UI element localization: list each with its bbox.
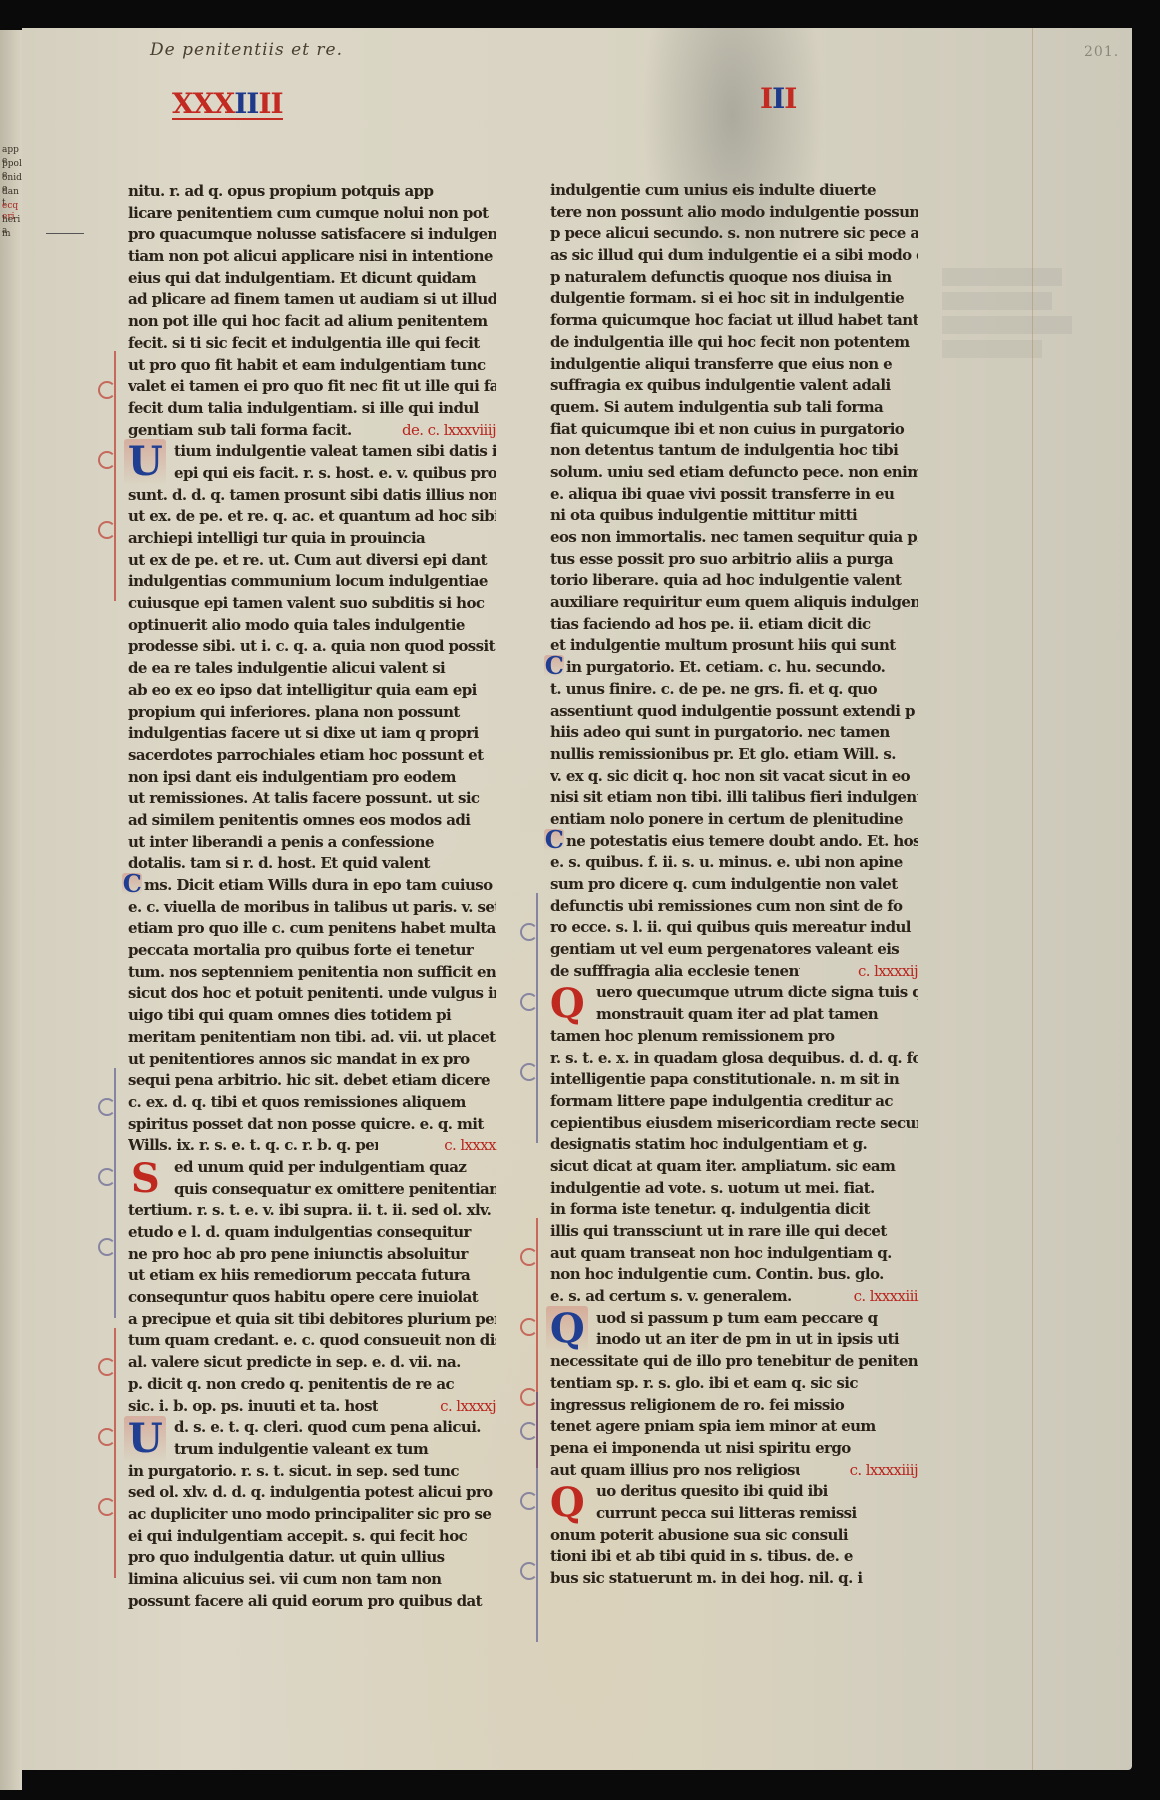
text-line: ut ex. de pe. et re. q. ac. et quantum a… bbox=[128, 506, 496, 528]
line-text: tias faciendo ad hos pe. ii. etiam dicit… bbox=[550, 615, 871, 633]
text-line: tenet agere pniam spia iem minor at eum bbox=[550, 1416, 918, 1438]
line-text: indulgentie ad vote. s. uotum ut mei. fi… bbox=[550, 1179, 875, 1197]
faint-marginal-offset-text bbox=[942, 268, 1102, 364]
line-text: formam littere pape indulgentia creditur… bbox=[550, 1092, 893, 1110]
text-line: non detentus tantum de indulgentia hoc t… bbox=[550, 440, 918, 462]
line-text: illis qui transsciunt ut in rare ille qu… bbox=[550, 1222, 887, 1240]
line-text: fiat quicumque ibi et non cuius in purga… bbox=[550, 420, 904, 438]
rubric-chapter-number: c. lxxxxiii bbox=[854, 1286, 918, 1308]
line-text: nitu. r. ad q. opus propium potquis app bbox=[128, 182, 433, 200]
line-text: a precipue et quia sit tibi debitores pl… bbox=[128, 1310, 496, 1328]
line-text: cepientibus eiusdem misericordiam recte … bbox=[550, 1114, 918, 1132]
line-text: archiepi intelligi tur quia in prouincia bbox=[128, 529, 425, 547]
text-line: nitu. r. ad q. opus propium potquis app bbox=[128, 181, 496, 203]
text-line: c. ex. d. q. tibi et quos remissiones al… bbox=[128, 1092, 496, 1114]
text-line: tias faciendo ad hos pe. ii. etiam dicit… bbox=[550, 614, 918, 636]
text-line: illis qui transsciunt ut in rare ille qu… bbox=[550, 1221, 918, 1243]
text-line: tium indulgentie valeat tamen sibi datis… bbox=[128, 441, 496, 463]
text-line: tamen hoc plenum remissionem pro bbox=[550, 1026, 918, 1048]
line-text: possunt facere ali quid eorum pro quibus… bbox=[128, 1592, 482, 1610]
penwork-curl bbox=[520, 1422, 538, 1440]
text-line: forma quicumque hoc faciat ut illud habe… bbox=[550, 310, 918, 332]
text-line: ad similem penitentis omnes eos modos ad… bbox=[128, 810, 496, 832]
line-text: de ea re tales indulgentie alicui valent… bbox=[128, 659, 445, 677]
text-line: ms. Dicit etiam Wills dura in epo tam cu… bbox=[128, 875, 496, 897]
penwork-curl bbox=[520, 993, 538, 1011]
text-line: e. s. quibus. f. ii. s. u. minus. e. ubi… bbox=[550, 852, 918, 874]
line-text: bus sic statuerunt m. in dei hog. nil. q… bbox=[550, 1569, 862, 1587]
line-text: uo deritus quesito ibi quid ibi bbox=[550, 1482, 828, 1500]
text-line: tiam non pot alicui applicare nisi in in… bbox=[128, 246, 496, 268]
text-line: ni ota quibus indulgentie mittitur mitti bbox=[550, 505, 918, 527]
line-text: prodesse sibi. ut i. c. q. a. quia non q… bbox=[128, 637, 495, 655]
line-text: suffragia ex quibus indulgentie valent a… bbox=[550, 376, 891, 394]
text-line: tum quam credant. e. c. quod consueuit n… bbox=[128, 1330, 496, 1352]
line-text: uero quecumque utrum dicte signa tuis qu… bbox=[550, 983, 918, 1001]
penwork-curl bbox=[98, 1168, 116, 1186]
line-text: sicut dicat at quam iter. ampliatum. sic… bbox=[550, 1157, 895, 1175]
line-text: designatis statim hoc indulgentiam et g. bbox=[550, 1135, 867, 1153]
text-line: ei qui indulgentiam accepit. s. qui feci… bbox=[128, 1526, 496, 1548]
marginal-rule bbox=[46, 233, 84, 234]
text-line: tertium. r. s. t. e. v. ibi supra. ii. t… bbox=[128, 1200, 496, 1222]
text-line: uo deritus quesito ibi quid ibi bbox=[550, 1481, 918, 1503]
line-text: e. s. ad certum s. v. generalem. bbox=[550, 1286, 792, 1308]
text-line: fecit dum talia indulgentiam. si ille qu… bbox=[128, 398, 496, 420]
text-line: pena ei imponenda ut nisi spiritu ergo bbox=[550, 1438, 918, 1460]
line-text: tus esse possit pro suo arbitrio aliis a… bbox=[550, 550, 893, 568]
text-line: ut penitentiores annos sic mandat in ex … bbox=[128, 1049, 496, 1071]
line-text: de indulgentia ille qui hoc fecit non po… bbox=[550, 333, 910, 351]
line-text: tium indulgentie valeat tamen sibi datis… bbox=[128, 442, 496, 460]
text-line: sic. i. b. op. ps. inuuti et ta. host. s… bbox=[128, 1396, 496, 1418]
line-text: forma quicumque hoc faciat ut illud habe… bbox=[550, 311, 918, 329]
line-text: inodo ut an iter de pm in ut in ipsis ut… bbox=[550, 1330, 899, 1348]
text-line: al. valere sicut predicte in sep. e. d. … bbox=[128, 1352, 496, 1374]
text-line: r. s. t. e. x. in quadam glosa dequibus.… bbox=[550, 1048, 918, 1070]
text-line: e. s. ad certum s. v. generalem.c. lxxxx… bbox=[550, 1286, 918, 1308]
text-line: eos non immortalis. nec tamen sequitur q… bbox=[550, 527, 918, 549]
text-line: non ipsi dant eis indulgentiam pro eodem bbox=[128, 767, 496, 789]
rubric-chapter-number: c. lxxxx bbox=[444, 1135, 496, 1157]
line-text: r. s. t. e. x. in quadam glosa dequibus.… bbox=[550, 1049, 918, 1067]
text-line: auxiliare requiritur eum quem aliquis in… bbox=[550, 592, 918, 614]
line-text: solum. uniu sed etiam defuncto pece. non… bbox=[550, 463, 918, 481]
text-line: tioni ibi et ab tibi quid in s. tibus. d… bbox=[550, 1546, 918, 1568]
decorated-initial-q: Q bbox=[546, 1306, 588, 1352]
line-text: dulgentie formam. si ei hoc sit in indul… bbox=[550, 289, 904, 307]
line-text: non pot ille qui hoc facit ad alium peni… bbox=[128, 312, 488, 330]
text-line: in purgatorio. r. s. t. sicut. in sep. s… bbox=[128, 1461, 496, 1483]
text-line: indulgentie aliqui transferre que eius n… bbox=[550, 354, 918, 376]
text-line: defunctis ubi remissiones cum non sint d… bbox=[550, 896, 918, 918]
line-text: p. dicit q. non credo q. penitentis de r… bbox=[128, 1375, 454, 1393]
line-text: epi qui eis facit. r. s. host. e. v. qui… bbox=[128, 464, 496, 482]
text-line: sed ol. xlv. d. d. q. indulgentia potest… bbox=[128, 1482, 496, 1504]
text-line: aut quam illius pro nos religiosus ampli… bbox=[550, 1460, 918, 1482]
line-text: sequi pena arbitrio. hic sit. debet etia… bbox=[128, 1071, 490, 1089]
text-line: non pot ille qui hoc facit ad alium peni… bbox=[128, 311, 496, 333]
text-line: ab eo ex eo ipso dat intelligitur quia e… bbox=[128, 680, 496, 702]
line-text: t. unus finire. c. de pe. ne grs. fi. et… bbox=[550, 680, 877, 698]
text-line: fecit. si ti sic fecit et indulgentia il… bbox=[128, 333, 496, 355]
penwork-curl bbox=[520, 1562, 538, 1580]
line-text: tum quam credant. e. c. quod consueuit n… bbox=[128, 1331, 496, 1349]
penwork-curl bbox=[520, 923, 538, 941]
text-column-right: indulgentie cum unius eis indulte diuert… bbox=[550, 180, 918, 1590]
text-line: cuiusque epi tamen valent suo subditis s… bbox=[128, 593, 496, 615]
line-text: ut etiam ex hiis remediorum peccata futu… bbox=[128, 1266, 470, 1284]
line-text: eius qui dat indulgentiam. Et dicunt qui… bbox=[128, 269, 476, 287]
text-line: etiam pro quo ille c. cum penitens habet… bbox=[128, 918, 496, 940]
line-text: peccata mortalia pro quibus forte ei ten… bbox=[128, 941, 473, 959]
line-text: valet ei tamen ei pro quo fit nec fit ut… bbox=[128, 377, 496, 395]
line-text: in purgatorio. Et. cetiam. c. hu. secund… bbox=[550, 658, 885, 676]
line-text: pro quacumque nolusse satisfacere si ind… bbox=[128, 225, 496, 243]
text-line: pro quo indulgentia datur. ut quin ulliu… bbox=[128, 1547, 496, 1569]
text-line: dotalis. tam si r. d. host. Et quid vale… bbox=[128, 853, 496, 875]
line-text: tertium. r. s. t. e. v. ibi supra. ii. t… bbox=[128, 1201, 496, 1219]
line-text: eos non immortalis. nec tamen sequitur q… bbox=[550, 528, 918, 546]
line-text: etiam pro quo ille c. cum penitens habet… bbox=[128, 919, 496, 937]
text-line: ingressus religionem de ro. fei missio bbox=[550, 1395, 918, 1417]
chapter-number-left: XXXIIII bbox=[172, 90, 283, 120]
text-line: indulgentie cum unius eis indulte diuert… bbox=[550, 180, 918, 202]
text-line: indulgentias facere ut si dixe ut iam q … bbox=[128, 723, 496, 745]
text-line: d. s. e. t. q. cleri. quod cum pena alic… bbox=[128, 1417, 496, 1439]
text-line: tus esse possit pro suo arbitrio aliis a… bbox=[550, 549, 918, 571]
line-text: fecit. si ti sic fecit et indulgentia il… bbox=[128, 334, 480, 352]
line-text: indulgentie aliqui transferre que eius n… bbox=[550, 355, 892, 373]
text-line: ne potestatis eius temere doubt ando. Et… bbox=[550, 831, 918, 853]
decorated-initial-c: C bbox=[122, 873, 142, 895]
text-line: trum indulgentie valeant ex tum bbox=[128, 1439, 496, 1461]
line-text: pena ei imponenda ut nisi spiritu ergo bbox=[550, 1439, 851, 1457]
decorated-initial-q: Q bbox=[546, 1480, 588, 1526]
text-line: gentiam sub tali forma facit.de. c. lxxx… bbox=[128, 420, 496, 442]
text-line: suffragia ex quibus indulgentie valent a… bbox=[550, 375, 918, 397]
line-text: uod si passum p tum eam peccare q bbox=[550, 1309, 877, 1327]
line-text: Wills. ix. r. s. e. t. q. c. r. b. q. pe… bbox=[128, 1135, 378, 1157]
line-text: tere non possunt alio modo indulgentie p… bbox=[550, 203, 918, 221]
penwork-curl bbox=[520, 1063, 538, 1081]
text-line: nisi sit etiam non tibi. illi talibus fi… bbox=[550, 787, 918, 809]
text-line: uero quecumque utrum dicte signa tuis qu… bbox=[550, 982, 918, 1004]
line-text: e. s. quibus. f. ii. s. u. minus. e. ubi… bbox=[550, 853, 903, 871]
line-text: ms. Dicit etiam Wills dura in epo tam cu… bbox=[128, 876, 493, 894]
text-line: indulgentie ad vote. s. uotum ut mei. fi… bbox=[550, 1178, 918, 1200]
chapter-numeral: II bbox=[234, 87, 258, 120]
line-text: ne potestatis eius temere doubt ando. Et… bbox=[550, 832, 918, 850]
line-text: v. ex q. sic dicit q. hoc non sit vacat … bbox=[550, 767, 910, 785]
decorated-initial-c: C bbox=[544, 655, 564, 677]
line-text: ro ecce. s. l. ii. qui quibus quis merea… bbox=[550, 918, 911, 936]
rubric-chapter-number: de. c. lxxxviiij bbox=[402, 420, 496, 442]
text-line: ad plicare ad finem tamen ut audiam si u… bbox=[128, 289, 496, 311]
text-line: monstrauit quam iter ad plat tamen bbox=[550, 1004, 918, 1026]
text-line: uod si passum p tum eam peccare q bbox=[550, 1308, 918, 1330]
line-text: propium qui inferiores. plana non possun… bbox=[128, 703, 460, 721]
line-text: onum poterit abusione sua sic consuli bbox=[550, 1526, 848, 1544]
line-text: aut quam illius pro nos religiosus ampli… bbox=[550, 1460, 800, 1482]
folio-number: 201. bbox=[1084, 44, 1119, 60]
line-text: cuiusque epi tamen valent suo subditis s… bbox=[128, 594, 484, 612]
line-text: tentiam sp. r. s. glo. ibi et eam q. sic… bbox=[550, 1374, 858, 1392]
text-line: gentiam ut vel eum pergenatores valeant … bbox=[550, 939, 918, 961]
line-text: non detentus tantum de indulgentia hoc t… bbox=[550, 441, 898, 459]
line-text: sunt. d. d. q. tamen prosunt sibi datis … bbox=[128, 486, 496, 504]
rubric-chapter-number: c. lxxxxiiij bbox=[850, 1460, 918, 1482]
line-text: defunctis ubi remissiones cum non sint d… bbox=[550, 897, 902, 915]
chapter-number-right: III bbox=[760, 84, 796, 114]
penwork-curl bbox=[520, 1492, 538, 1510]
line-text: al. valere sicut predicte in sep. e. d. … bbox=[128, 1353, 461, 1371]
line-text: spiritus posset dat non posse quicre. e.… bbox=[128, 1115, 484, 1133]
line-text: licare penitentiem cum cumque nolui non … bbox=[128, 204, 489, 222]
text-line: currunt pecca sui litteras remissi bbox=[550, 1503, 918, 1525]
penwork-curl bbox=[98, 1238, 116, 1256]
text-line: nullis remissionibus pr. Et glo. etiam W… bbox=[550, 744, 918, 766]
text-line: pro quacumque nolusse satisfacere si ind… bbox=[128, 224, 496, 246]
line-text: quem. Si autem indulgentia sub tali form… bbox=[550, 398, 883, 416]
line-text: c. ex. d. q. tibi et quos remissiones al… bbox=[128, 1093, 466, 1111]
line-text: torio liberare. quia ad hoc indulgentie … bbox=[550, 571, 901, 589]
line-text: ut ex de pe. et re. ut. Cum aut diversi … bbox=[128, 551, 487, 569]
text-line: torio liberare. quia ad hoc indulgentie … bbox=[550, 570, 918, 592]
line-text: pro quo indulgentia datur. ut quin ulliu… bbox=[128, 1548, 444, 1566]
text-line: designatis statim hoc indulgentiam et g. bbox=[550, 1134, 918, 1156]
text-line: sicut dos hoc et potuit penitenti. unde … bbox=[128, 983, 496, 1005]
text-line: spiritus posset dat non posse quicre. e.… bbox=[128, 1114, 496, 1136]
text-line: cepientibus eiusdem misericordiam recte … bbox=[550, 1113, 918, 1135]
line-text: indulgentias communium locum indulgentia… bbox=[128, 572, 488, 590]
text-line: fiat quicumque ibi et non cuius in purga… bbox=[550, 419, 918, 441]
decorated-initial-c: C bbox=[544, 829, 564, 851]
text-line: ac dupliciter uno modo principaliter sic… bbox=[128, 1504, 496, 1526]
line-text: ed unum quid per indulgentiam quaz bbox=[128, 1158, 466, 1176]
text-line: sicut dicat at quam iter. ampliatum. sic… bbox=[550, 1156, 918, 1178]
text-line: sum pro dicere q. cum indulgentie non va… bbox=[550, 874, 918, 896]
line-text: indulgentie cum unius eis indulte diuert… bbox=[550, 181, 876, 199]
text-line: ut ex de pe. et re. ut. Cum aut diversi … bbox=[128, 550, 496, 572]
line-text: tamen hoc plenum remissionem pro bbox=[550, 1027, 834, 1045]
penwork-curl bbox=[98, 1428, 116, 1446]
line-text: auxiliare requiritur eum quem aliquis in… bbox=[550, 593, 918, 611]
line-text: etudo e l. d. quam indulgentias consequi… bbox=[128, 1223, 471, 1241]
chapter-numeral: I bbox=[784, 82, 796, 115]
text-line: sequi pena arbitrio. hic sit. debet etia… bbox=[128, 1070, 496, 1092]
text-line: prodesse sibi. ut i. c. q. a. quia non q… bbox=[128, 636, 496, 658]
line-text: in forma iste tenetur. q. indulgentia di… bbox=[550, 1200, 870, 1218]
text-line: sunt. d. d. q. tamen prosunt sibi datis … bbox=[128, 485, 496, 507]
previous-page-text-fragment: m bbox=[2, 229, 22, 240]
decorated-initial-q: Q bbox=[546, 981, 588, 1027]
text-line: v. ex q. sic dicit q. hoc non sit vacat … bbox=[550, 766, 918, 788]
text-line: etudo e l. d. quam indulgentias consequi… bbox=[128, 1222, 496, 1244]
chapter-numeral: II bbox=[258, 87, 282, 120]
text-line: archiepi intelligi tur quia in prouincia bbox=[128, 528, 496, 550]
text-line: limina alicuius sei. vii cum non tam non bbox=[128, 1569, 496, 1591]
text-line: hiis adeo qui sunt in purgatorio. nec ta… bbox=[550, 722, 918, 744]
line-text: tenet agere pniam spia iem minor at eum bbox=[550, 1417, 876, 1435]
line-text: dotalis. tam si r. d. host. Et quid vale… bbox=[128, 854, 430, 872]
line-text: e. aliqua ibi quae vivi possit transferr… bbox=[550, 485, 894, 503]
text-line: de ea re tales indulgentie alicui valent… bbox=[128, 658, 496, 680]
text-line: entiam nolo ponere in certum de plenitud… bbox=[550, 809, 918, 831]
text-line: onum poterit abusione sua sic consuli bbox=[550, 1525, 918, 1547]
line-text: fecit dum talia indulgentiam. si ille qu… bbox=[128, 399, 479, 417]
penwork-curl bbox=[98, 1358, 116, 1376]
text-line: bus sic statuerunt m. in dei hog. nil. q… bbox=[550, 1568, 918, 1590]
rubric-chapter-number: c. lxxxxj bbox=[440, 1396, 496, 1418]
text-line: in purgatorio. Et. cetiam. c. hu. secund… bbox=[550, 657, 918, 679]
line-text: e. c. viuella de moribus in talibus ut p… bbox=[128, 898, 496, 916]
text-line: p pece alicui secundo. s. non nutrere si… bbox=[550, 223, 918, 245]
line-text: trum indulgentie valeant ex tum bbox=[128, 1440, 428, 1458]
line-text: limina alicuius sei. vii cum non tam non bbox=[128, 1570, 441, 1588]
line-text: necessitate qui de illo pro tenebitur de… bbox=[550, 1352, 918, 1370]
text-line: consequntur quos habitu opere cere inuio… bbox=[128, 1287, 496, 1309]
text-line: quis consequatur ex omittere penitentiam bbox=[128, 1179, 496, 1201]
text-line: tum. nos septenniem penitentia non suffi… bbox=[128, 962, 496, 984]
text-line: Wills. ix. r. s. e. t. q. c. r. b. q. pe… bbox=[128, 1135, 496, 1157]
line-text: ut penitentiores annos sic mandat in ex … bbox=[128, 1050, 470, 1068]
line-text: ad plicare ad finem tamen ut audiam si u… bbox=[128, 290, 496, 308]
text-line: intelligentie papa constitutionale. n. m… bbox=[550, 1069, 918, 1091]
line-text: in purgatorio. r. s. t. sicut. in sep. s… bbox=[128, 1462, 459, 1480]
text-line: aut quam transeat non hoc indulgentiam q… bbox=[550, 1243, 918, 1265]
text-line: ro ecce. s. l. ii. qui quibus quis merea… bbox=[550, 917, 918, 939]
line-text: sed ol. xlv. d. d. q. indulgentia potest… bbox=[128, 1483, 493, 1501]
text-line: epi qui eis facit. r. s. host. e. v. qui… bbox=[128, 463, 496, 485]
text-line: p. dicit q. non credo q. penitentis de r… bbox=[128, 1374, 496, 1396]
line-text: quis consequatur ex omittere penitentiam bbox=[128, 1180, 496, 1198]
text-line: p naturalem defunctis quoque nos diuisa … bbox=[550, 267, 918, 289]
text-line: in forma iste tenetur. q. indulgentia di… bbox=[550, 1199, 918, 1221]
line-text: hiis adeo qui sunt in purgatorio. nec ta… bbox=[550, 723, 890, 741]
line-text: p naturalem defunctis quoque nos diuisa … bbox=[550, 268, 892, 286]
line-text: ingressus religionem de ro. fei missio bbox=[550, 1396, 844, 1414]
text-line: eius qui dat indulgentiam. Et dicunt qui… bbox=[128, 268, 496, 290]
line-text: ei qui indulgentiam accepit. s. qui feci… bbox=[128, 1527, 467, 1545]
text-line: ut pro quo fit habit et eam indulgentiam… bbox=[128, 355, 496, 377]
text-line: ed unum quid per indulgentiam quaz bbox=[128, 1157, 496, 1179]
line-text: nisi sit etiam non tibi. illi talibus fi… bbox=[550, 788, 918, 806]
line-text: ut inter liberandi a penis a confessione bbox=[128, 833, 434, 851]
text-line: propium qui inferiores. plana non possun… bbox=[128, 702, 496, 724]
text-line: a precipue et quia sit tibi debitores pl… bbox=[128, 1309, 496, 1331]
line-text: ut pro quo fit habit et eam indulgentiam… bbox=[128, 356, 486, 374]
line-text: p pece alicui secundo. s. non nutrere si… bbox=[550, 224, 918, 242]
text-line: tentiam sp. r. s. glo. ibi et eam q. sic… bbox=[550, 1373, 918, 1395]
line-text: currunt pecca sui litteras remissi bbox=[550, 1504, 857, 1522]
line-text: optinuerit alio modo quia tales indulgen… bbox=[128, 616, 465, 634]
chapter-numeral: I bbox=[760, 82, 772, 115]
text-line: indulgentias communium locum indulgentia… bbox=[128, 571, 496, 593]
line-text: ab eo ex eo ipso dat intelligitur quia e… bbox=[128, 681, 477, 699]
text-line: et indulgentie multum prosunt hiis qui s… bbox=[550, 635, 918, 657]
line-text: de sufffragia alia ecclesie tenentis. bbox=[550, 961, 800, 983]
text-line: sacerdotes parrochiales etiam hoc possun… bbox=[128, 745, 496, 767]
line-text: entiam nolo ponere in certum de plenitud… bbox=[550, 810, 903, 828]
line-text: assentiunt quod indulgentie possunt exte… bbox=[550, 702, 915, 720]
line-text: ut remissiones. At talis facere possunt.… bbox=[128, 789, 479, 807]
manuscript-folio: De penitentiis et re. 201. XXXIIII III n… bbox=[22, 28, 1132, 1770]
line-text: aut quam transeat non hoc indulgentiam q… bbox=[550, 1244, 892, 1262]
text-line: valet ei tamen ei pro quo fit nec fit ut… bbox=[128, 376, 496, 398]
text-line: inodo ut an iter de pm in ut in ipsis ut… bbox=[550, 1329, 918, 1351]
chapter-numeral: XXX bbox=[172, 87, 234, 120]
line-text: intelligentie papa constitutionale. n. m… bbox=[550, 1070, 899, 1088]
rubric-chapter-number: c. lxxxxij bbox=[858, 961, 918, 983]
text-line: tere non possunt alio modo indulgentie p… bbox=[550, 202, 918, 224]
text-line: quem. Si autem indulgentia sub tali form… bbox=[550, 397, 918, 419]
line-text: ad similem penitentis omnes eos modos ad… bbox=[128, 811, 470, 829]
text-line: t. unus finire. c. de pe. ne grs. fi. et… bbox=[550, 679, 918, 701]
text-column-left: nitu. r. ad q. opus propium potquis appl… bbox=[128, 181, 496, 1612]
text-line: optinuerit alio modo quia tales indulgen… bbox=[128, 615, 496, 637]
line-text: tioni ibi et ab tibi quid in s. tibus. d… bbox=[550, 1547, 853, 1565]
text-line: non hoc indulgentie cum. Contin. bus. gl… bbox=[550, 1264, 918, 1286]
line-text: ut ex. de pe. et re. q. ac. et quantum a… bbox=[128, 507, 496, 525]
line-text: non hoc indulgentie cum. Contin. bus. gl… bbox=[550, 1265, 884, 1283]
line-text: uigo tibi qui quam omnes dies totidem pi bbox=[128, 1006, 451, 1024]
text-line: ut remissiones. At talis facere possunt.… bbox=[128, 788, 496, 810]
line-text: gentiam ut vel eum pergenatores valeant … bbox=[550, 940, 899, 958]
line-text: meritam penitentiam non tibi. ad. vii. u… bbox=[128, 1028, 496, 1046]
penwork-curl bbox=[98, 1498, 116, 1516]
text-line: peccata mortalia pro quibus forte ei ten… bbox=[128, 940, 496, 962]
text-line: meritam penitentiam non tibi. ad. vii. u… bbox=[128, 1027, 496, 1049]
line-text: tum. nos septenniem penitentia non suffi… bbox=[128, 963, 496, 981]
line-text: nullis remissionibus pr. Et glo. etiam W… bbox=[550, 745, 896, 763]
line-text: non ipsi dant eis indulgentiam pro eodem bbox=[128, 768, 456, 786]
running-head: De penitentiis et re. bbox=[150, 40, 343, 60]
text-line: necessitate qui de illo pro tenebitur de… bbox=[550, 1351, 918, 1373]
line-text: sic. i. b. op. ps. inuuti et ta. host. s… bbox=[128, 1396, 378, 1418]
text-line: as sic illud qui dum indulgentie ei a si… bbox=[550, 245, 918, 267]
line-text: as sic illud qui dum indulgentie ei a si… bbox=[550, 246, 918, 264]
previous-page-edge: appeppoleonidedantecqeriheriam bbox=[0, 30, 22, 1790]
line-text: indulgentias facere ut si dixe ut iam q … bbox=[128, 724, 479, 742]
text-line: ne pro hoc ab pro pene iniunctis absolui… bbox=[128, 1244, 496, 1266]
line-text: ac dupliciter uno modo principaliter sic… bbox=[128, 1505, 491, 1523]
line-text: et indulgentie multum prosunt hiis qui s… bbox=[550, 636, 896, 654]
text-line: dulgentie formam. si ei hoc sit in indul… bbox=[550, 288, 918, 310]
line-text: tiam non pot alicui applicare nisi in in… bbox=[128, 247, 493, 265]
text-line: solum. uniu sed etiam defuncto pece. non… bbox=[550, 462, 918, 484]
line-text: sum pro dicere q. cum indulgentie non va… bbox=[550, 875, 898, 893]
line-text: d. s. e. t. q. cleri. quod cum pena alic… bbox=[128, 1418, 481, 1436]
line-text: sacerdotes parrochiales etiam hoc possun… bbox=[128, 746, 483, 764]
text-line: e. c. viuella de moribus in talibus ut p… bbox=[128, 897, 496, 919]
decorated-initial-u: U bbox=[124, 439, 166, 485]
line-text: ni ota quibus indulgentie mittitur mitti bbox=[550, 506, 857, 524]
line-text: monstrauit quam iter ad plat tamen bbox=[550, 1005, 878, 1023]
decorated-initial-s: S bbox=[124, 1156, 166, 1202]
text-line: e. aliqua ibi quae vivi possit transferr… bbox=[550, 484, 918, 506]
decorated-initial-u: U bbox=[124, 1416, 166, 1462]
chapter-numeral: I bbox=[772, 82, 784, 115]
text-line: ut inter liberandi a penis a confessione bbox=[128, 832, 496, 854]
line-text: sicut dos hoc et potuit penitenti. unde … bbox=[128, 984, 496, 1002]
text-line: possunt facere ali quid eorum pro quibus… bbox=[128, 1591, 496, 1613]
text-line: de sufffragia alia ecclesie tenentis.c. … bbox=[550, 961, 918, 983]
text-line: licare penitentiem cum cumque nolui non … bbox=[128, 203, 496, 225]
text-line: formam littere pape indulgentia creditur… bbox=[550, 1091, 918, 1113]
line-text: consequntur quos habitu opere cere inuio… bbox=[128, 1288, 478, 1306]
text-line: assentiunt quod indulgentie possunt exte… bbox=[550, 701, 918, 723]
